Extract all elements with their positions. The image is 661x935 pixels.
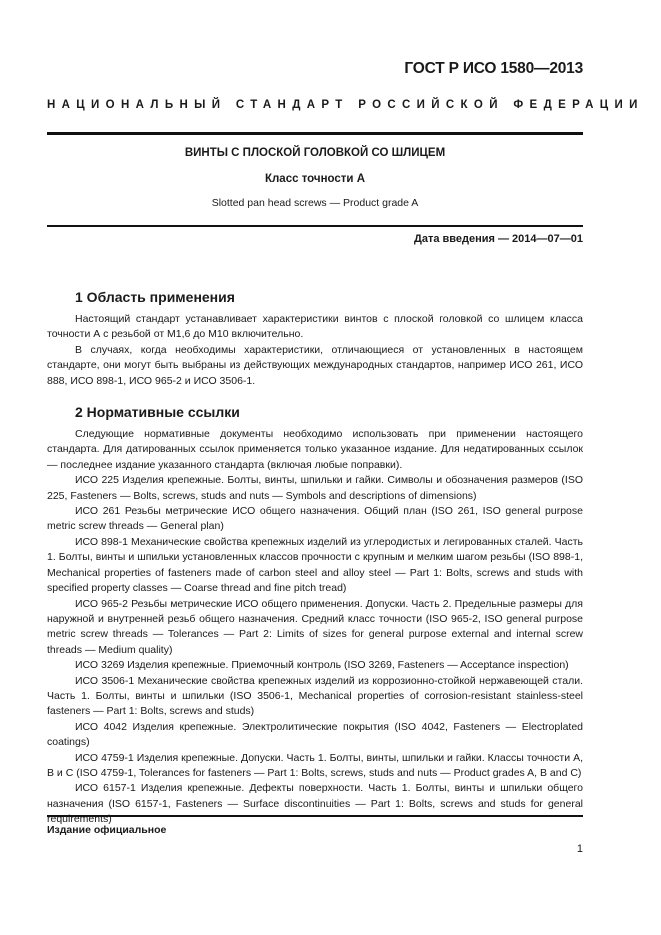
reference-item: ИСО 261 Резьбы метрические ИСО общего на…	[47, 504, 583, 535]
footer-rule	[47, 815, 583, 817]
paragraph: Настоящий стандарт устанавливает характе…	[47, 312, 583, 343]
official-edition-label: Издание официальное	[47, 824, 166, 836]
section-normative-references: 2 Нормативные ссылки Следующие нормативн…	[47, 403, 583, 828]
header-rule	[47, 132, 583, 135]
reference-item: ИСО 3506-1 Механические свойства крепежн…	[47, 674, 583, 720]
document-code: ГОСТ Р ИСО 1580—2013	[404, 60, 583, 78]
reference-item: ИСО 898-1 Механические свойства крепежны…	[47, 535, 583, 597]
document-body: 1 Область применения Настоящий стандарт …	[47, 288, 583, 828]
title-rule	[47, 225, 583, 227]
page-number: 1	[577, 843, 583, 855]
reference-item: ИСО 965-2 Резьбы метрические ИСО общего …	[47, 597, 583, 659]
reference-item: ИСО 3269 Изделия крепежные. Приемочный к…	[47, 658, 583, 673]
section-heading: 2 Нормативные ссылки	[75, 403, 583, 421]
document-title: ВИНТЫ С ПЛОСКОЙ ГОЛОВКОЙ СО ШЛИЦЕМ	[47, 147, 583, 159]
paragraph: В случаях, когда необходимы характеристи…	[47, 343, 583, 389]
introduction-date: Дата введения — 2014—07—01	[414, 233, 583, 245]
english-title: Slotted pan head screws — Product grade …	[47, 197, 583, 209]
national-standard-label: НАЦИОНАЛЬНЫЙ СТАНДАРТ РОССИЙСКОЙ ФЕДЕРАЦ…	[47, 99, 583, 111]
section-heading: 1 Область применения	[75, 288, 583, 306]
reference-item: ИСО 4759-1 Изделия крепежные. Допуски. Ч…	[47, 751, 583, 782]
section-scope: 1 Область применения Настоящий стандарт …	[47, 288, 583, 389]
reference-item: ИСО 6157-1 Изделия крепежные. Дефекты по…	[47, 781, 583, 827]
reference-item: ИСО 225 Изделия крепежные. Болты, винты,…	[47, 473, 583, 504]
reference-item: ИСО 4042 Изделия крепежные. Электролитич…	[47, 720, 583, 751]
paragraph: Следующие нормативные документы необходи…	[47, 427, 583, 473]
document-subtitle: Класс точности А	[47, 173, 583, 185]
